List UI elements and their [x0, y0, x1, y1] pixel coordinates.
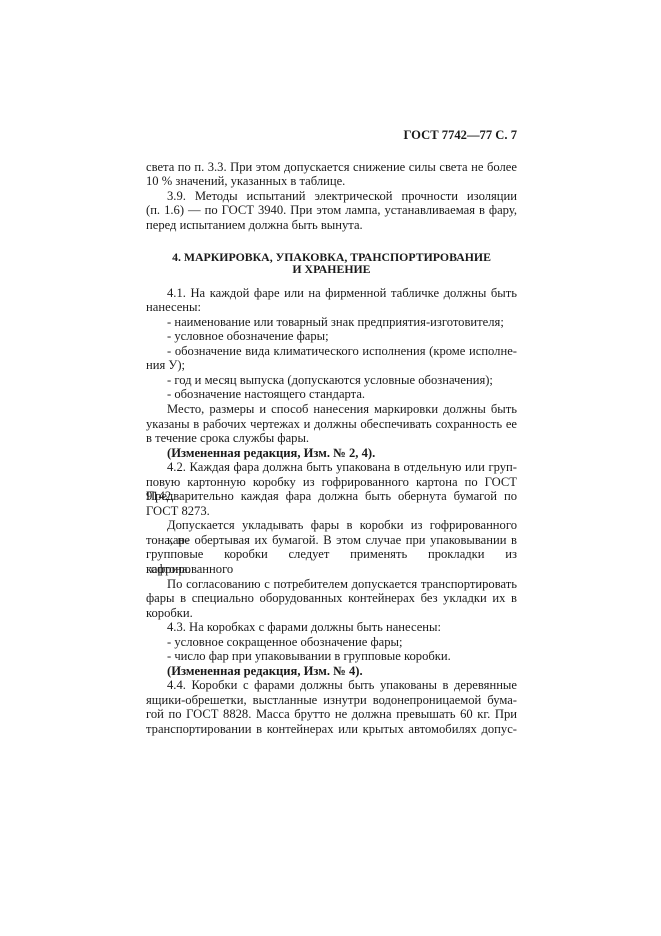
text-line: 4.1. На каждой фаре или на фирменной таб… — [146, 286, 517, 301]
text-line: По согласованию с потребителем допускает… — [146, 577, 517, 592]
text-line: гой по ГОСТ 8828. Масса брутто не должна… — [146, 707, 517, 722]
text-line: 4.2. Каждая фара должна быть упакована в… — [146, 460, 517, 475]
text-line: - условное обозначение фары; — [146, 329, 517, 344]
text-line: - число фар при упаковывании в групповые… — [146, 649, 517, 664]
top-paragraphs: света по п. 3.3. При этом допускается сн… — [146, 160, 517, 233]
text-line: - обозначение настоящего стандарта. — [146, 387, 517, 402]
section-heading-line-2: И ХРАНЕНИЕ — [146, 263, 517, 275]
text-line: ящики-обрешетки, выстланные изнутри водо… — [146, 693, 517, 708]
section-body: 4.1. На каждой фаре или на фирменной таб… — [146, 286, 517, 737]
text-line: Допускается укладывать фары в коробки из… — [146, 518, 517, 533]
text-line: - обозначение вида климатического исполн… — [146, 344, 517, 359]
text-line: 4.4. Коробки с фарами должны быть упаков… — [146, 678, 517, 693]
text-line: Место, размеры и способ нанесения маркир… — [146, 402, 517, 417]
text-line: нанесены: — [146, 300, 517, 315]
text-line: тона, не обертывая их бумагой. В этом сл… — [146, 533, 517, 548]
text-line: в течение срока службы фары. — [146, 431, 517, 446]
text-line: транспортировании в контейнерах или крыт… — [146, 722, 517, 737]
text-line: ния У); — [146, 358, 517, 373]
text-line: - условное сокращенное обозначение фары; — [146, 635, 517, 650]
text-line: - год и месяц выпуска (допускаются услов… — [146, 373, 517, 388]
text-line: Предварительно каждая фара должна быть о… — [146, 489, 517, 504]
document-page: ГОСТ 7742—77 С. 7 света по п. 3.3. При э… — [146, 128, 517, 737]
amendment-note: (Измененная редакция, Изм. № 2, 4). — [146, 446, 517, 461]
text-line: света по п. 3.3. При этом допускается сн… — [146, 160, 517, 175]
text-line: (п. 1.6) — по ГОСТ 3940. При этом лампа,… — [146, 203, 517, 218]
text-line: повую картонную коробку из гофрированног… — [146, 475, 517, 490]
text-line: групповые коробки следует применять прок… — [146, 547, 517, 562]
running-header: ГОСТ 7742—77 С. 7 — [146, 128, 517, 143]
text-line: указаны в рабочих чертежах и должны обес… — [146, 417, 517, 432]
text-line: 3.9. Методы испытаний электрической проч… — [146, 189, 517, 204]
text-line: коробки. — [146, 606, 517, 621]
section-heading: 4. МАРКИРОВКА, УПАКОВКА, ТРАНСПОРТИРОВАН… — [146, 251, 517, 275]
amendment-note: (Измененная редакция, Изм. № 4). — [146, 664, 517, 679]
text-line: 10 % значений, указанных в таблице. — [146, 174, 517, 189]
text-line: - наименование или товарный знак предпри… — [146, 315, 517, 330]
text-line: фары в специально оборудованных контейне… — [146, 591, 517, 606]
text-line: ГОСТ 8273. — [146, 504, 517, 519]
text-line: перед испытанием должна быть вынута. — [146, 218, 517, 233]
text-line: 4.3. На коробках с фарами должны быть на… — [146, 620, 517, 635]
